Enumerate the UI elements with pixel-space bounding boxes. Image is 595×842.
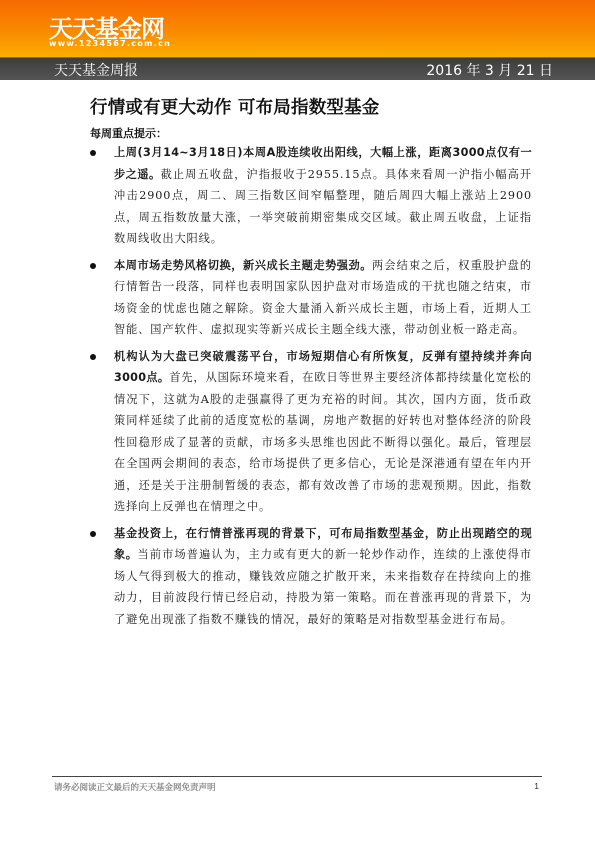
report-header-bar: 天天基金周报 2016 年 3 月 21 日 bbox=[0, 57, 595, 80]
footer-divider bbox=[52, 776, 542, 777]
key-point-item: 本周市场走势风格切换，新兴成长主题走势强劲。两会结束之后，权重股护盘的行情暂告一… bbox=[90, 255, 532, 341]
article-title: 行情或有更大动作 可布局指数型基金 bbox=[90, 94, 380, 119]
key-point-item: 基金投资上，在行情普涨再现的背景下，可布局指数型基金，防止出现踏空的现象。当前市… bbox=[90, 523, 532, 631]
key-point-item: 机构认为大盘已突破震荡平台，市场短期信心有所恢复，反弹有望持续并奔向3000点。… bbox=[90, 346, 532, 518]
page-number: 1 bbox=[534, 781, 539, 791]
report-name: 天天基金周报 bbox=[54, 60, 138, 80]
key-points-list: 上周(3月14~3月18日)本周A股连续收出阳线，大幅上涨，距离3000点仅有一… bbox=[90, 142, 532, 635]
key-point-body: 截止周五收盘，沪指报收于2955.15点。具体来看周一沪指小幅高开冲击2900点… bbox=[114, 168, 532, 246]
key-point-item: 上周(3月14~3月18日)本周A股连续收出阳线，大幅上涨，距离3000点仅有一… bbox=[90, 142, 532, 250]
header-banner: 天天基金网 www.1234567.com.cn bbox=[0, 0, 595, 57]
disclaimer-note: 请务必阅读正文最后的天天基金网免责声明 bbox=[54, 781, 216, 793]
key-point-body: 当前市场普遍认为，主力或有更大的新一轮炒作动作，连续的上涨使得市场人气得到极大的… bbox=[114, 548, 532, 626]
key-point-lead: 本周市场走势风格切换，新兴成长主题走势强劲。 bbox=[114, 259, 372, 272]
bullet-icon bbox=[90, 531, 96, 537]
key-point-body: 首先，从国际环境来看，在欧日等世界主要经济体都持续量化宽松的情况下，这就为A股的… bbox=[114, 371, 532, 513]
report-date: 2016 年 3 月 21 日 bbox=[426, 60, 553, 80]
bullet-icon bbox=[90, 263, 96, 269]
key-points-heading: 每周重点提示： bbox=[90, 125, 167, 141]
bullet-icon bbox=[90, 150, 96, 156]
brand-url: www.1234567.com.cn bbox=[49, 39, 171, 48]
bullet-icon bbox=[90, 354, 96, 360]
